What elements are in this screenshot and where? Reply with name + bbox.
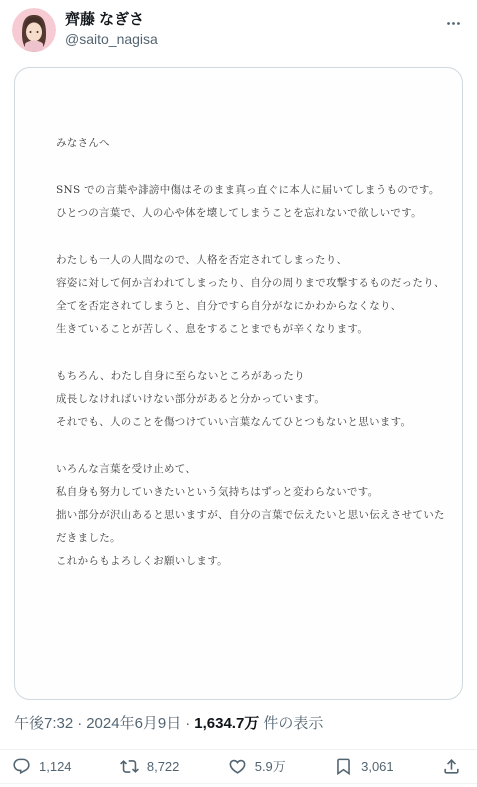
- letter-paragraph: わたしも一人の人間なので、人格を否定されてしまったり、 容姿に対して何か言われて…: [56, 249, 434, 341]
- letter-line: ひとつの言葉で、人の心や体を壊してしまうことを忘れないで欲しいです。: [56, 202, 434, 225]
- letter-line: 全てを否定されてしまうと、自分ですら自分がなにかわからなくなり、: [56, 295, 434, 318]
- post-time[interactable]: 午後7:32: [14, 715, 73, 732]
- post-date[interactable]: 2024年6月9日: [86, 715, 181, 732]
- letter-line: 成長しなければいけない部分があると分かっています。: [56, 388, 434, 411]
- letter-line: 容姿に対して何か言われてしまったり、自分の周りまで攻撃するものだったり、: [56, 272, 434, 295]
- bookmark-icon: [334, 757, 353, 776]
- tweet-image[interactable]: みなさんへ SNS での言葉や誹謗中傷はそのまま真っ直ぐに本人に届いてしまうもの…: [14, 67, 463, 700]
- reply-button[interactable]: 1,124: [12, 757, 72, 776]
- like-button[interactable]: 5.9万: [228, 757, 286, 776]
- views-count: 1,634.7万: [194, 715, 259, 732]
- letter-line: みなさんへ: [56, 132, 434, 155]
- letter-paragraph: みなさんへ: [56, 132, 434, 155]
- letter-line: SNS での言葉や誹謗中傷はそのまま真っ直ぐに本人に届いてしまうものです。: [56, 179, 434, 202]
- more-button[interactable]: [443, 13, 463, 33]
- letter-paragraph: SNS での言葉や誹謗中傷はそのまま真っ直ぐに本人に届いてしまうものです。 ひと…: [56, 179, 434, 225]
- views-label: 件の表示: [263, 715, 323, 732]
- heart-icon: [228, 757, 247, 776]
- letter-line: 拙い部分が沢山あると思いますが、自分の言葉で伝えたいと思い伝えさせていた: [56, 504, 434, 527]
- separator-dot: ·: [77, 715, 82, 732]
- bookmark-count: 3,061: [361, 759, 394, 775]
- reply-icon: [12, 757, 31, 776]
- letter-line: いろんな言葉を受け止めて、: [56, 458, 434, 481]
- tweet-card: 齊藤 なぎさ @saito_nagisa みなさんへ SNS での言葉や誹謗中傷…: [0, 0, 477, 787]
- user-handle[interactable]: @saito_nagisa: [65, 30, 443, 49]
- action-bar: 1,124 8,722 5.9万 3,061: [0, 749, 477, 784]
- avatar[interactable]: [12, 8, 56, 52]
- repost-count: 8,722: [147, 759, 180, 775]
- like-count: 5.9万: [255, 759, 286, 775]
- user-names: 齊藤 なぎさ @saito_nagisa: [65, 8, 443, 49]
- reply-count: 1,124: [39, 759, 72, 775]
- share-button[interactable]: [442, 757, 461, 776]
- tweet-header: 齊藤 なぎさ @saito_nagisa: [0, 0, 477, 52]
- letter-paragraph: もちろん、わたし自身に至らないところがあったり 成長しなければいけない部分がある…: [56, 365, 434, 434]
- letter-line: 生きていることが苦しく、息をすることまでもが辛くなります。: [56, 318, 434, 341]
- separator-dot: ·: [185, 715, 190, 732]
- display-name[interactable]: 齊藤 なぎさ: [65, 9, 443, 30]
- share-icon: [442, 757, 461, 776]
- letter-line: わたしも一人の人間なので、人格を否定されてしまったり、: [56, 249, 434, 272]
- bookmark-button[interactable]: 3,061: [334, 757, 394, 776]
- timestamp-row: 午後7:32·2024年6月9日·1,634.7万件の表示: [0, 700, 477, 734]
- letter-line: 私自身も努力していきたいという気持ちはずっと変わらないです。: [56, 481, 434, 504]
- ellipsis-icon: [445, 15, 462, 32]
- repost-button[interactable]: 8,722: [120, 757, 180, 776]
- letter-text: みなさんへ SNS での言葉や誹謗中傷はそのまま真っ直ぐに本人に届いてしまうもの…: [15, 68, 462, 573]
- profile-photo-icon: [12, 8, 56, 52]
- letter-line: それでも、人のことを傷つけていい言葉なんてひとつもないと思います。: [56, 411, 434, 434]
- letter-paragraph: いろんな言葉を受け止めて、 私自身も努力していきたいという気持ちはずっと変わらな…: [56, 458, 434, 573]
- repost-icon: [120, 757, 139, 776]
- letter-line: これからもよろしくお願いします。: [56, 550, 434, 573]
- letter-line: だきました。: [56, 527, 434, 550]
- letter-line: もちろん、わたし自身に至らないところがあったり: [56, 365, 434, 388]
